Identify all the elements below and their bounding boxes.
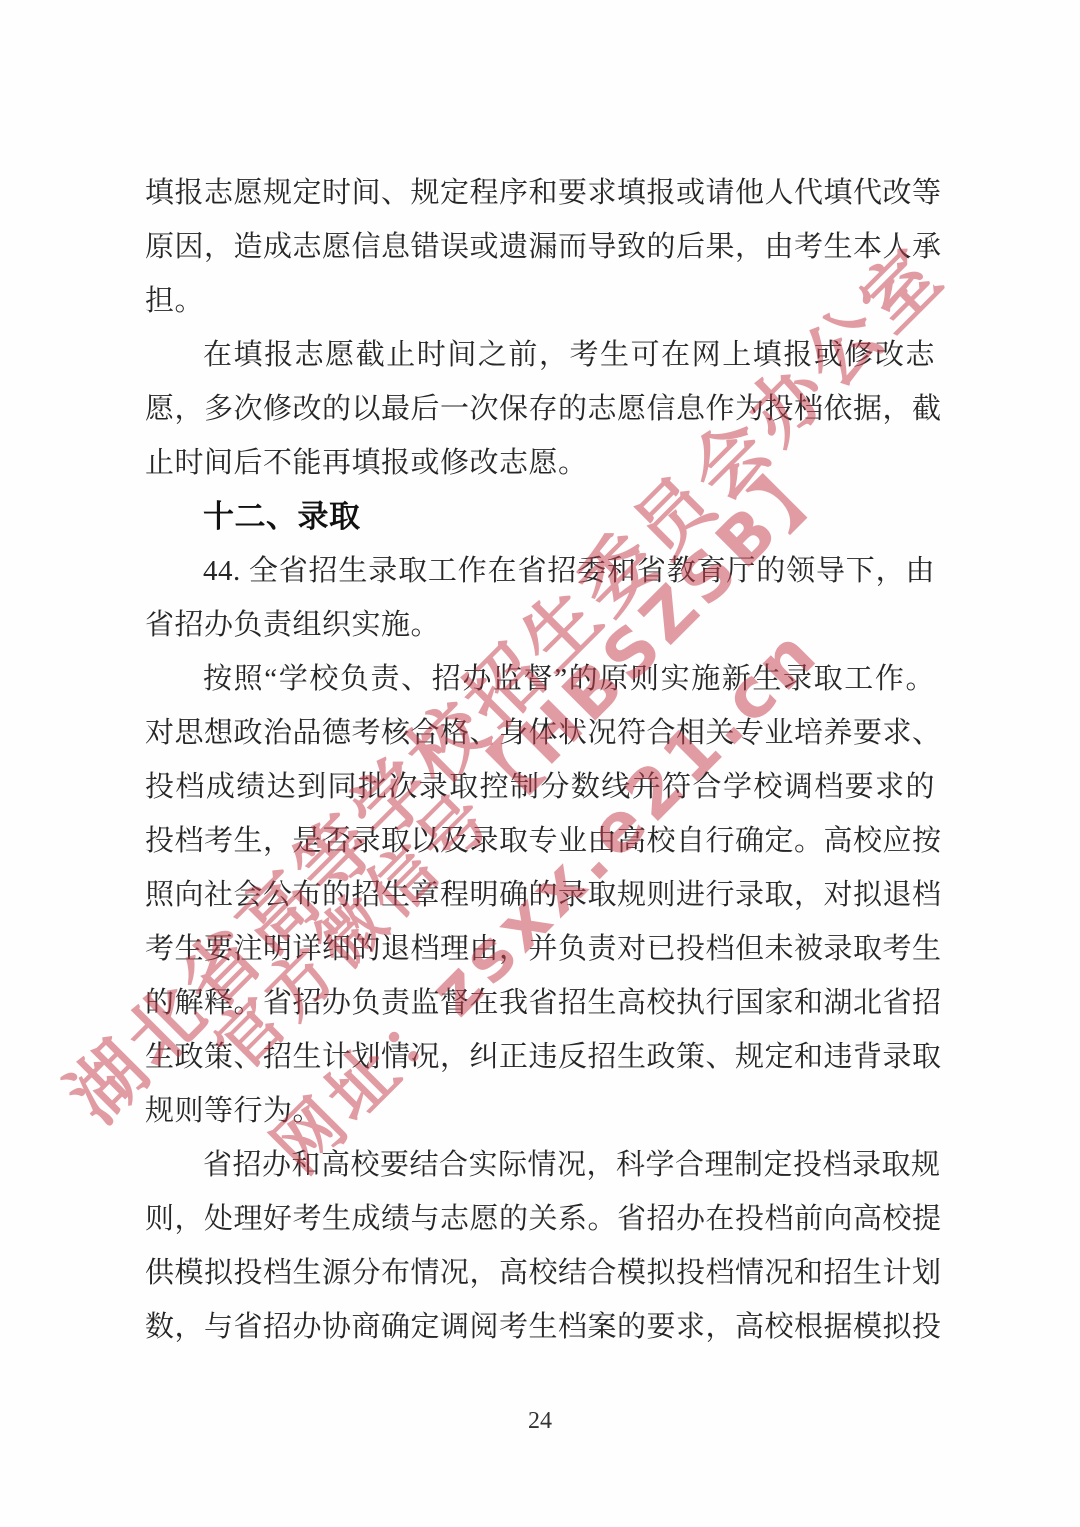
- text-line: 投档成绩达到同批次录取控制分数线并符合学校调档要求的: [145, 760, 935, 814]
- section-heading: 十二、录取: [145, 490, 935, 544]
- text-line: 的解释。省招办负责监督在我省招生高校执行国家和湖北省招: [145, 976, 935, 1030]
- text-line: 考生要注明详细的退档理由，并负责对已投档但未被录取考生: [145, 922, 935, 976]
- text-line: 在填报志愿截止时间之前，考生可在网上填报或修改志: [145, 328, 935, 382]
- page-number: 24: [0, 1408, 1080, 1435]
- text-line: 生政策、招生计划情况，纠正违反招生政策、规定和违背录取: [145, 1030, 935, 1084]
- text-line: 规则等行为。: [145, 1084, 935, 1138]
- text-line: 投档考生，是否录取以及录取专业由高校自行确定。高校应按: [145, 814, 935, 868]
- text-line: 省招办负责组织实施。: [145, 598, 935, 652]
- text-line: 照向社会公布的招生章程明确的录取规则进行录取，对拟退档: [145, 868, 935, 922]
- text-line: 愿，多次修改的以最后一次保存的志愿信息作为投档依据，截: [145, 382, 935, 436]
- text-line: 担。: [145, 274, 935, 328]
- text-line: 则，处理好考生成绩与志愿的关系。省招办在投档前向高校提: [145, 1192, 935, 1246]
- document-page: 填报志愿规定时间、规定程序和要求填报或请他人代填代改等 原因，造成志愿信息错误或…: [0, 0, 1080, 1527]
- text-line: 填报志愿规定时间、规定程序和要求填报或请他人代填代改等: [145, 166, 935, 220]
- text-line: 44. 全省招生录取工作在省招委和省教育厅的领导下，由: [145, 544, 935, 598]
- document-body: 填报志愿规定时间、规定程序和要求填报或请他人代填代改等 原因，造成志愿信息错误或…: [145, 166, 935, 1354]
- text-line: 省招办和高校要结合实际情况，科学合理制定投档录取规: [145, 1138, 935, 1192]
- text-line: 按照“学校负责、招办监督”的原则实施新生录取工作。: [145, 652, 935, 706]
- text-line: 对思想政治品德考核合格、身体状况符合相关专业培养要求、: [145, 706, 935, 760]
- text-line: 止时间后不能再填报或修改志愿。: [145, 436, 935, 490]
- text-line: 原因，造成志愿信息错误或遗漏而导致的后果，由考生本人承: [145, 220, 935, 274]
- text-line: 供模拟投档生源分布情况，高校结合模拟投档情况和招生计划: [145, 1246, 935, 1300]
- text-line: 数，与省招办协商确定调阅考生档案的要求，高校根据模拟投: [145, 1300, 935, 1354]
